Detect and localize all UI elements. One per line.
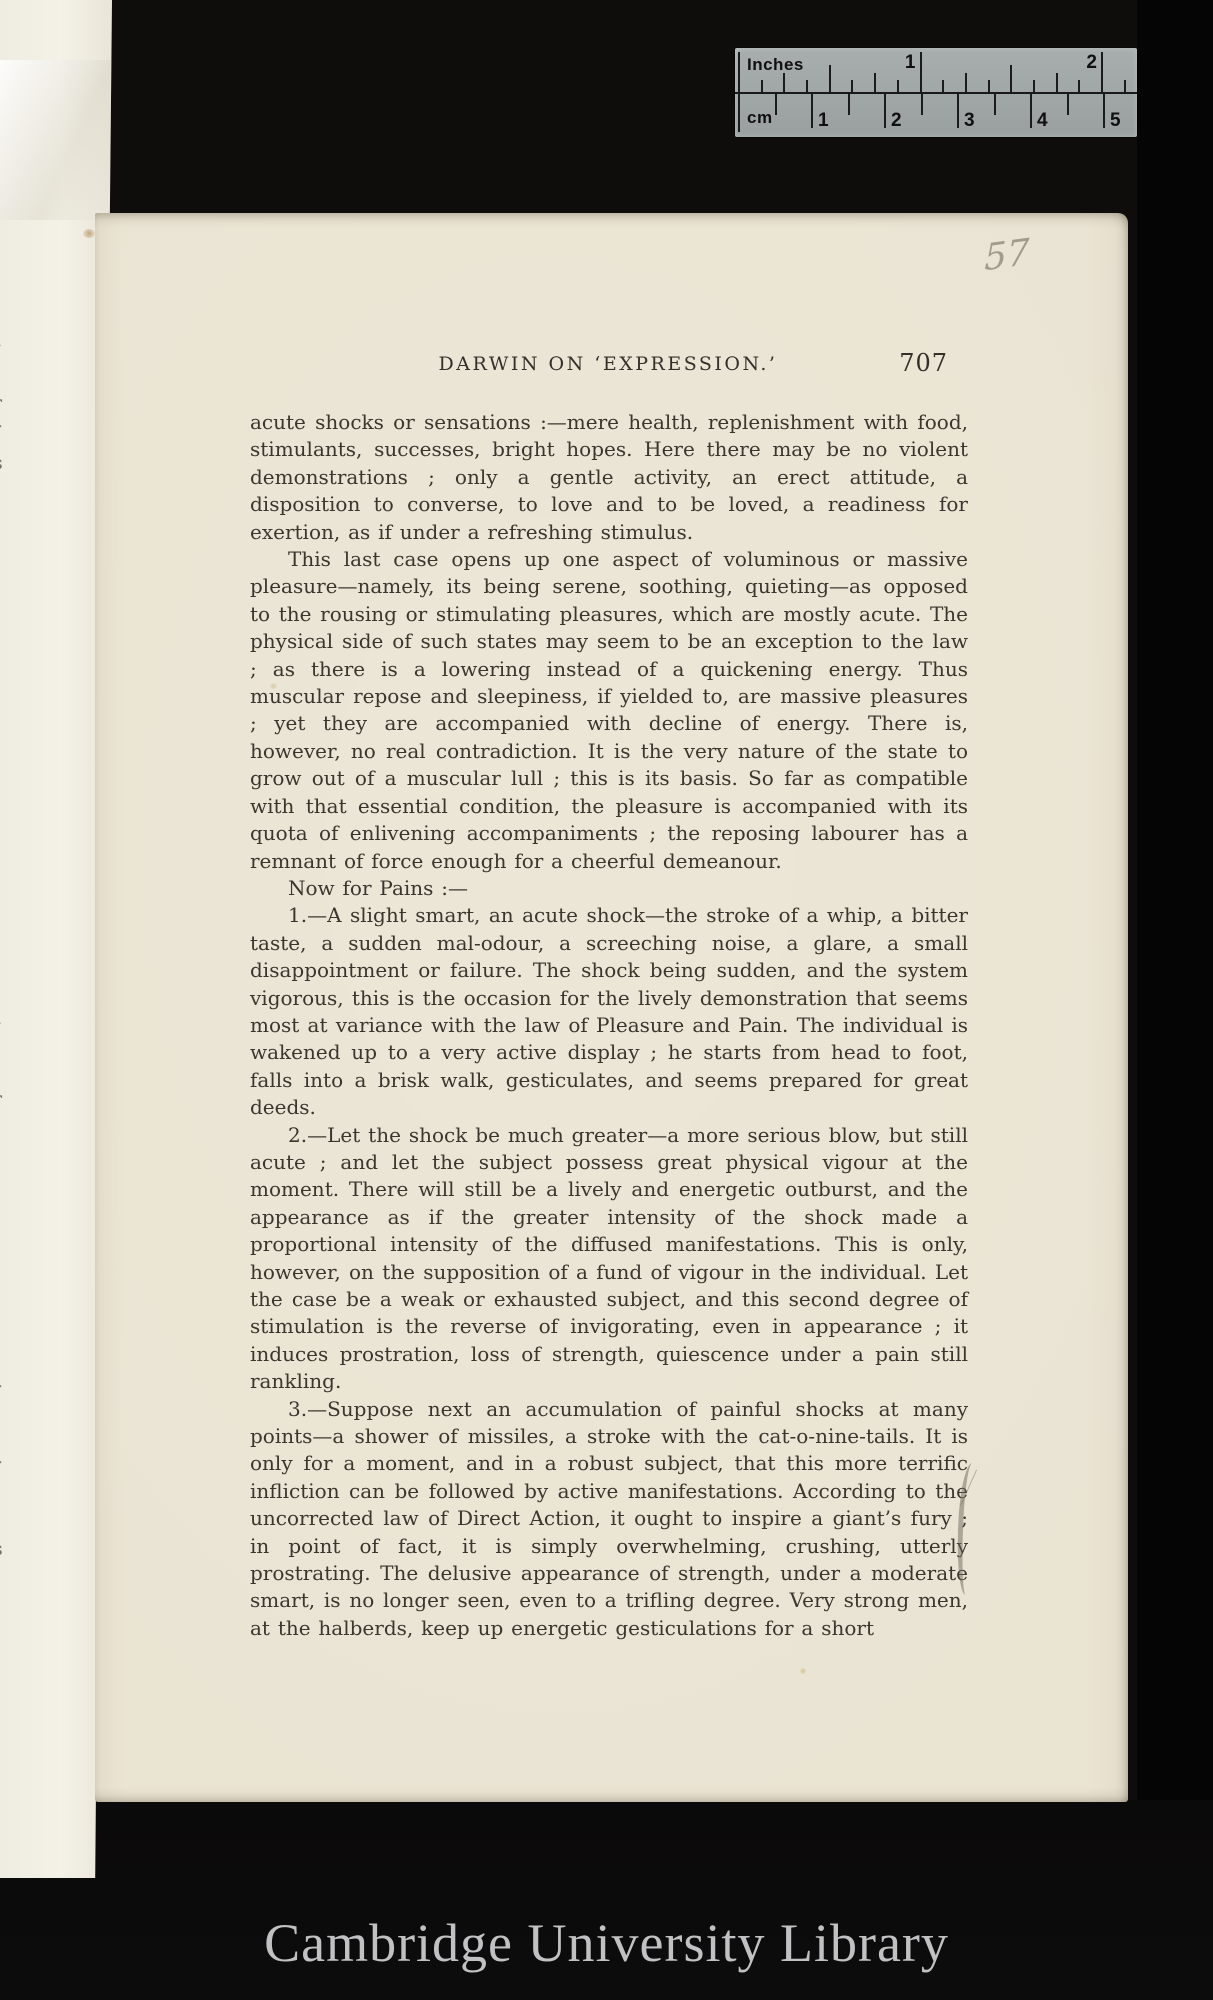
facing-page-letter-fragment: l (0, 1168, 7, 1190)
cm-tick (811, 94, 813, 128)
inch-tick (965, 73, 967, 92)
facing-page-letter-fragment: f (0, 1382, 7, 1404)
paper-stain (270, 683, 277, 689)
cm-tick (884, 94, 886, 128)
scanned-page: 57 DARWIN ON ‘EXPRESSION.’ 707 acute sho… (95, 213, 1128, 1802)
ruler-cm-number: 3 (964, 110, 975, 132)
inch-tick (1078, 80, 1080, 92)
cm-tick (1030, 94, 1032, 128)
paragraph: acute shocks or sensations :—mere health… (250, 409, 968, 546)
ruler-cm-number: 1 (818, 110, 829, 132)
cm-tick (1103, 94, 1105, 128)
inch-tick (1010, 65, 1012, 92)
inch-tick (1101, 52, 1103, 92)
inch-tick (783, 73, 785, 92)
inch-tick (829, 65, 831, 92)
inch-tick (738, 52, 740, 92)
facing-page-letter-fragment: f (0, 1458, 7, 1480)
cm-tick (848, 94, 850, 115)
facing-page-letter-fragment: l (0, 938, 7, 960)
paragraph: 2.—Let the shock be much greater—a more … (250, 1122, 968, 1396)
inch-tick (874, 73, 876, 92)
inch-tick (942, 80, 944, 92)
cm-tick (921, 94, 923, 115)
ruler-inch-number: 1 (900, 52, 916, 74)
dark-backdrop-strip (1137, 0, 1213, 2000)
page-number: 707 (899, 349, 948, 377)
ruler-cm-number: 5 (1110, 110, 1121, 132)
ruler-inch-number: 2 (1081, 52, 1097, 74)
inch-tick (988, 80, 990, 92)
ruler-cm-number: 4 (1037, 110, 1048, 132)
facing-page-letter-fragment: f (0, 422, 7, 444)
cm-tick (775, 94, 777, 115)
facing-page-letter-fragment: t (0, 1008, 7, 1030)
cm-tick (957, 94, 959, 128)
paragraph: 1.—A slight smart, an acute shock—the st… (250, 902, 968, 1121)
page-crease (0, 60, 112, 220)
facing-page-letter-fragment: r (0, 392, 7, 414)
inch-tick (1124, 80, 1126, 92)
facing-page-letter-fragment: l (0, 300, 7, 322)
library-watermark: Cambridge University Library (0, 1912, 1213, 1974)
body-text: acute shocks or sensations :—mere health… (250, 409, 968, 1642)
inch-tick (761, 80, 763, 92)
inch-tick (1056, 73, 1058, 92)
paper-stain (83, 229, 95, 238)
paper-stain (800, 1668, 806, 1674)
paragraph: This last case opens up one aspect of vo… (250, 546, 968, 875)
inch-tick (1033, 80, 1035, 92)
pencil-page-marking: 57 (984, 232, 1029, 280)
ruler-cm-number: 2 (891, 110, 902, 132)
inch-tick (920, 52, 922, 92)
ruler-baseline (735, 92, 1137, 94)
ruler: Inches cm 1212345 (735, 48, 1137, 137)
facing-page-letter-fragment: s (0, 1538, 7, 1560)
inch-tick (806, 80, 808, 92)
running-head-title: DARWIN ON ‘EXPRESSION.’ (250, 353, 966, 375)
ruler-inches-label: Inches (747, 55, 804, 75)
inch-tick (851, 80, 853, 92)
running-head: DARWIN ON ‘EXPRESSION.’ 707 (250, 353, 966, 383)
inch-tick (897, 80, 899, 92)
ruler-cm-label: cm (747, 108, 773, 128)
facing-page-letter-fragment: t (0, 330, 7, 352)
cm-tick (738, 94, 740, 128)
cm-tick (1067, 94, 1069, 115)
cm-tick (994, 94, 996, 115)
facing-page-letter-fragment: s (0, 452, 7, 474)
paragraph: Now for Pains :— (250, 875, 968, 902)
paragraph: 3.—Suppose next an accumulation of painf… (250, 1396, 968, 1643)
facing-page-letter-fragment: r (0, 1088, 7, 1110)
